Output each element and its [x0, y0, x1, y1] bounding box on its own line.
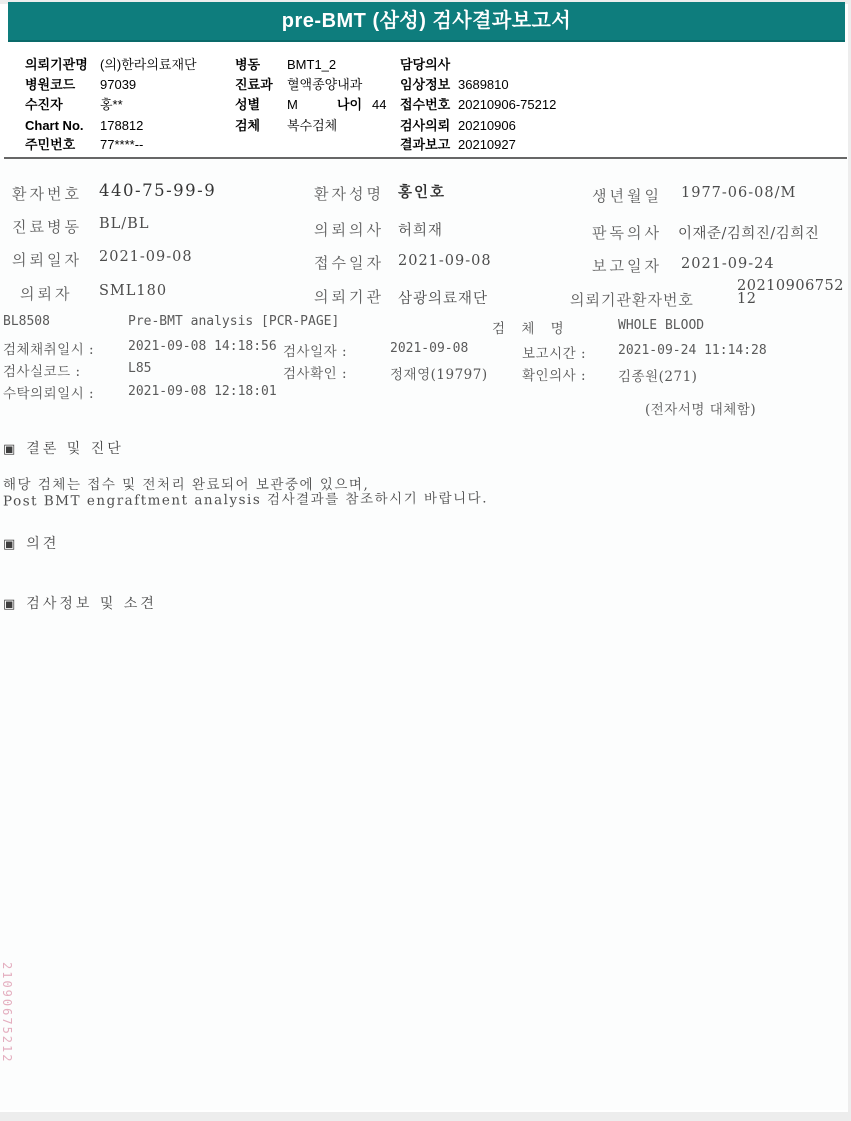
- specimen-name-label: 검 체 명: [492, 317, 570, 337]
- collected-datetime-value: 2021-09-08 14:18:56: [128, 339, 277, 354]
- field-label-result-report-date: 결과보고: [400, 137, 450, 153]
- patient-label-receipt-date: 접수일자: [314, 252, 384, 273]
- field-label-hospital-code: 병원코드: [25, 77, 75, 93]
- patient-label-report-date: 보고일자: [592, 255, 662, 276]
- section-title-opinion: ▣의견: [3, 533, 59, 553]
- test-name: Pre-BMT analysis [PCR-PAGE]: [128, 314, 339, 329]
- test-code: BL8508: [3, 314, 50, 329]
- patient-value-request-date: 2021-09-08: [99, 249, 193, 265]
- field-label-department: 진료과: [235, 77, 273, 93]
- section-marker-icon: ▣: [3, 537, 18, 552]
- section-marker-icon: ▣: [3, 597, 18, 612]
- report-time-value: 2021-09-24 11:14:28: [618, 343, 767, 358]
- field-label-test-request-date: 검사의뢰: [400, 118, 450, 134]
- patient-label-patient-no: 환자번호: [12, 183, 82, 204]
- report-time-label: 보고시간 :: [522, 342, 586, 362]
- patient-value-patient-no: 440-75-99-9: [99, 181, 216, 200]
- section-title-text: 결론 및 진단: [26, 441, 124, 457]
- patient-value-requesting-org: 삼광의료재단: [398, 287, 488, 308]
- patient-value-requester: SML180: [99, 283, 167, 299]
- field-value-receipt-no: 20210906-75212: [458, 97, 556, 113]
- patient-value-reading-doctor: 이재준/김희진/김희진: [678, 222, 819, 243]
- field-value-department: 혈액종양내과: [287, 77, 362, 93]
- lab-code-label: 검사실코드 :: [3, 360, 81, 380]
- field-value-ward: BMT1_2: [287, 57, 336, 73]
- specimen-name-value: WHOLE BLOOD: [618, 318, 704, 333]
- field-label-chart-no: Chart No.: [25, 118, 84, 134]
- field-label-age: 나이: [337, 97, 362, 113]
- patient-label-requesting-org: 의뢰기관: [314, 286, 384, 307]
- patient-value-receipt-date: 2021-09-08: [398, 253, 492, 269]
- collected-datetime-label: 검체채취일시 :: [3, 338, 94, 358]
- lab-code-value: L85: [128, 361, 151, 376]
- confirming-doctor-label: 확인의사 :: [522, 364, 586, 384]
- section-marker-icon: ▣: [3, 442, 18, 457]
- patient-label-care-ward: 진료병동: [12, 216, 82, 237]
- test-verifier-label: 검사확인 :: [283, 362, 347, 382]
- patient-value-org-patient-no: 2021090675212: [737, 280, 849, 306]
- field-value-chart-no: 178812: [100, 118, 143, 134]
- field-label-resident-no: 주민번호: [25, 137, 75, 153]
- field-label-ward: 병동: [235, 57, 260, 73]
- vertical-specimen-number: 21090675212: [0, 962, 14, 1102]
- patient-value-patient-name: 홍인호: [398, 181, 446, 202]
- report-page: pre-BMT (삼성) 검사결과보고서 의뢰기관명 (의)한라의료재단 병원코…: [0, 0, 851, 1121]
- patient-value-referring-doctor: 허희재: [398, 219, 443, 240]
- test-date-label: 검사일자 :: [283, 340, 347, 360]
- patient-label-birth-date: 생년월일: [592, 185, 662, 206]
- field-label-specimen-type: 검체: [235, 118, 260, 134]
- field-value-requesting-org: (의)한라의료재단: [100, 57, 197, 73]
- page-bottom-margin: [0, 1112, 851, 1121]
- field-value-resident-no: 77****--: [100, 137, 143, 153]
- test-verifier-value: 정재영(19797): [390, 363, 488, 383]
- section-title-conclusion: ▣결론 및 진단: [3, 438, 124, 458]
- field-value-age: 44: [372, 97, 386, 113]
- patient-value-report-date: 2021-09-24: [681, 256, 775, 272]
- field-label-requesting-org: 의뢰기관명: [25, 57, 88, 73]
- section-title-text: 의견: [26, 536, 59, 552]
- patient-label-request-date: 의뢰일자: [12, 249, 82, 270]
- field-label-attending-doctor: 담당의사: [400, 57, 450, 73]
- field-value-examinee: 홍**: [100, 97, 123, 113]
- report-title-bar: pre-BMT (삼성) 검사결과보고서: [8, 2, 845, 42]
- section-title-test-info: ▣검사정보 및 소견: [3, 593, 157, 613]
- field-value-sex: M: [287, 97, 298, 113]
- field-label-examinee: 수진자: [25, 97, 63, 113]
- patient-label-reading-doctor: 판독의사: [592, 222, 662, 243]
- confirming-doctor-value: 김종원(271): [618, 365, 697, 385]
- field-value-clinical-info: 3689810: [458, 77, 509, 93]
- consign-request-datetime-label: 수탁의뢰일시 :: [3, 382, 94, 402]
- patient-value-birth-date: 1977-06-08/M: [681, 185, 796, 201]
- field-label-receipt-no: 접수번호: [400, 97, 450, 113]
- field-value-specimen-type: 복수검체: [287, 118, 337, 134]
- patient-label-patient-name: 환자성명: [314, 183, 384, 204]
- patient-label-requester: 의뢰자: [20, 283, 72, 304]
- field-label-clinical-info: 임상정보: [400, 77, 450, 93]
- patient-label-org-patient-no: 의뢰기관환자번호: [570, 289, 694, 310]
- field-value-hospital-code: 97039: [100, 77, 136, 93]
- test-date-value: 2021-09-08: [390, 341, 468, 356]
- field-label-sex: 성별: [235, 97, 260, 113]
- consign-request-datetime-value: 2021-09-08 12:18:01: [128, 384, 277, 399]
- field-value-test-request-date: 20210906: [458, 118, 516, 134]
- conclusion-body-line2: Post BMT engraftment analysis 검사결과를 참조하시…: [3, 487, 488, 510]
- electronic-signature-note: (전자서명 대체함): [645, 398, 756, 418]
- field-value-result-report-date: 20210927: [458, 137, 516, 153]
- patient-value-care-ward: BL/BL: [99, 216, 149, 232]
- report-title: pre-BMT (삼성) 검사결과보고서: [282, 10, 571, 32]
- patient-label-referring-doctor: 의뢰의사: [314, 219, 384, 240]
- section-title-text: 검사정보 및 소견: [26, 596, 157, 612]
